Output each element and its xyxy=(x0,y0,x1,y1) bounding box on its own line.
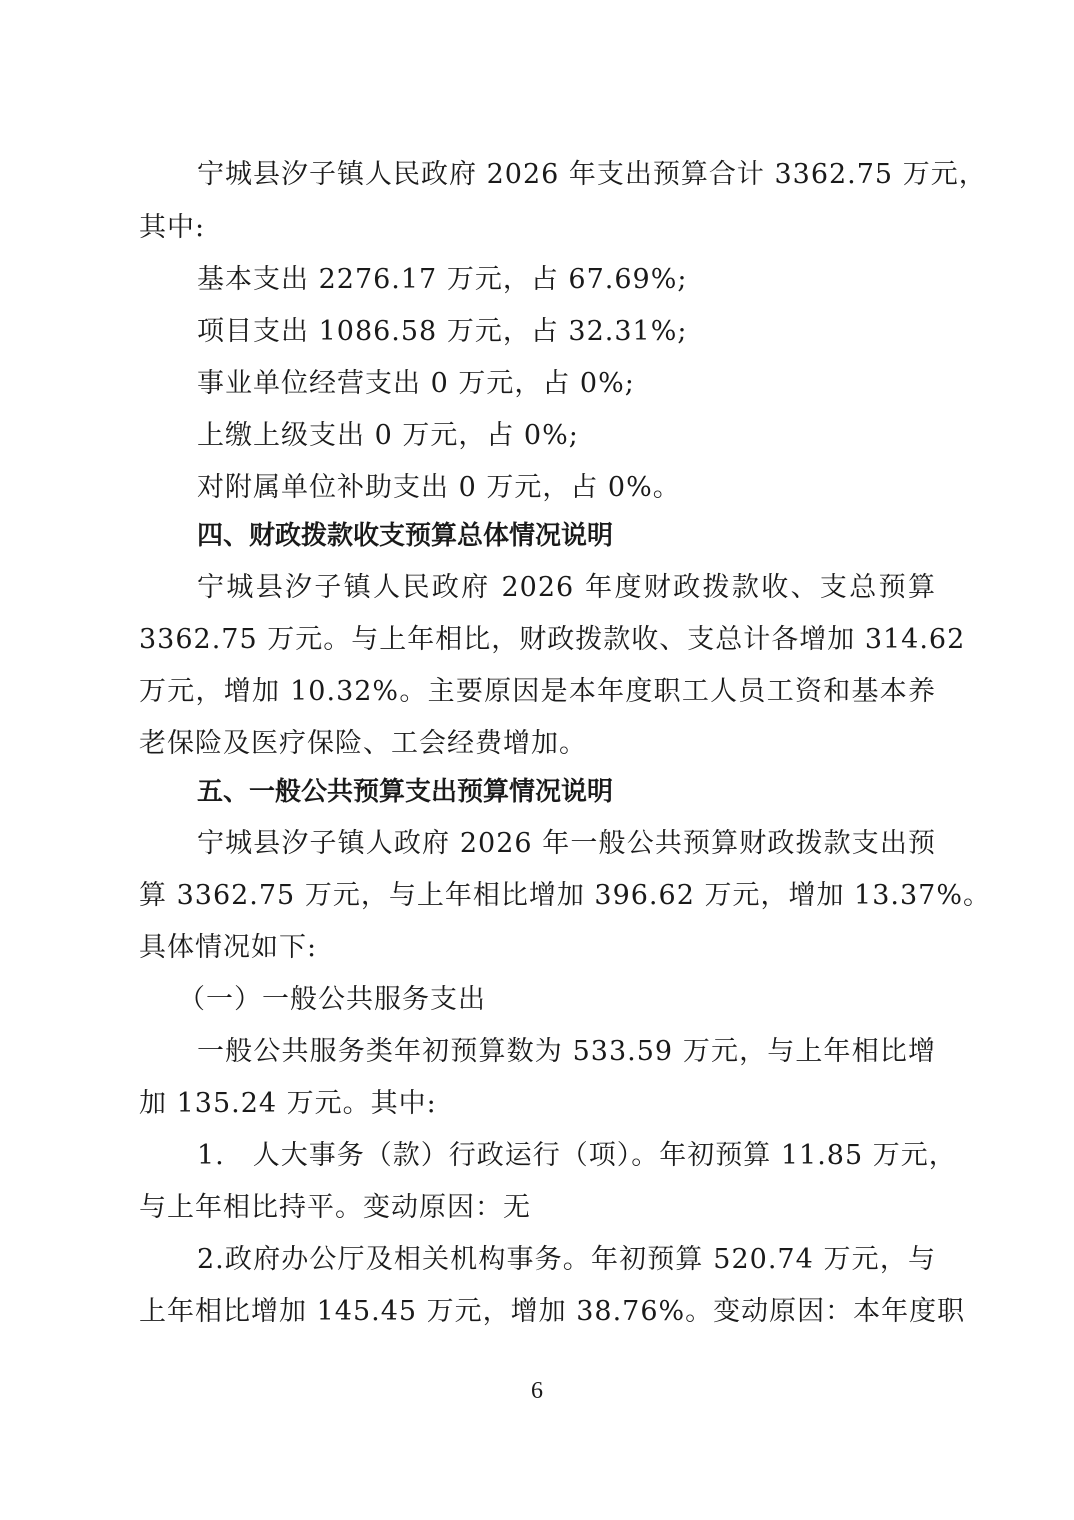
expenditure-item-remit-superior: 上缴上级支出 0 万元，占 0%; xyxy=(197,418,579,454)
expenditure-item-project: 项目支出 1086.58 万元，占 32.31%; xyxy=(197,314,687,350)
subsection-1-line-2: 加 135.24 万元。其中: xyxy=(139,1086,437,1122)
intro-line-1: 宁城县汐子镇人民政府 2026 年支出预算合计 3362.75 万元， xyxy=(197,157,936,193)
item-1-line-1: 1. 人大事务（款）行政运行（项）。年初预算 11.85 万元， xyxy=(197,1138,936,1174)
page-number: 6 xyxy=(0,1378,1074,1405)
section-5-heading: 五、一般公共预算支出预算情况说明 xyxy=(197,774,613,810)
item-1-line-2: 与上年相比持平。变动原因：无 xyxy=(139,1190,531,1226)
expenditure-item-business: 事业单位经营支出 0 万元，占 0%; xyxy=(197,366,635,402)
section-4-line-2: 3362.75 万元。与上年相比，财政拨款收、支总计各增加 314.62 xyxy=(139,622,936,658)
section-4-line-4: 老保险及医疗保险、工会经费增加。 xyxy=(139,726,587,762)
item-2-line-1: 2.政府办公厅及相关机构事务。年初预算 520.74 万元，与 xyxy=(197,1242,936,1278)
expenditure-item-subsidiary-subsidy: 对附属单位补助支出 0 万元，占 0%。 xyxy=(197,470,681,506)
section-4-heading: 四、财政拨款收支预算总体情况说明 xyxy=(197,518,613,554)
section-4-line-3: 万元，增加 10.32%。主要原因是本年度职工人员工资和基本养 xyxy=(139,674,936,710)
document-page: 宁城县汐子镇人民政府 2026 年支出预算合计 3362.75 万元， 其中: … xyxy=(0,0,1074,1520)
subsection-1-line-1: 一般公共服务类年初预算数为 533.59 万元，与上年相比增 xyxy=(197,1034,936,1070)
section-5-line-1: 宁城县汐子镇人政府 2026 年一般公共预算财政拨款支出预 xyxy=(197,826,936,862)
item-2-line-2: 上年相比增加 145.45 万元，增加 38.76%。变动原因：本年度职 xyxy=(139,1294,936,1330)
intro-line-2: 其中: xyxy=(139,210,205,246)
section-4-line-1: 宁城县汐子镇人民政府 2026 年度财政拨款收、支总预算 xyxy=(197,570,936,606)
section-5-line-2: 算 3362.75 万元，与上年相比增加 396.62 万元，增加 13.37%… xyxy=(139,878,936,914)
expenditure-item-basic: 基本支出 2276.17 万元，占 67.69%; xyxy=(197,262,687,298)
section-5-line-3: 具体情况如下: xyxy=(139,930,317,966)
subsection-1-heading: （一）一般公共服务支出 xyxy=(178,982,486,1018)
